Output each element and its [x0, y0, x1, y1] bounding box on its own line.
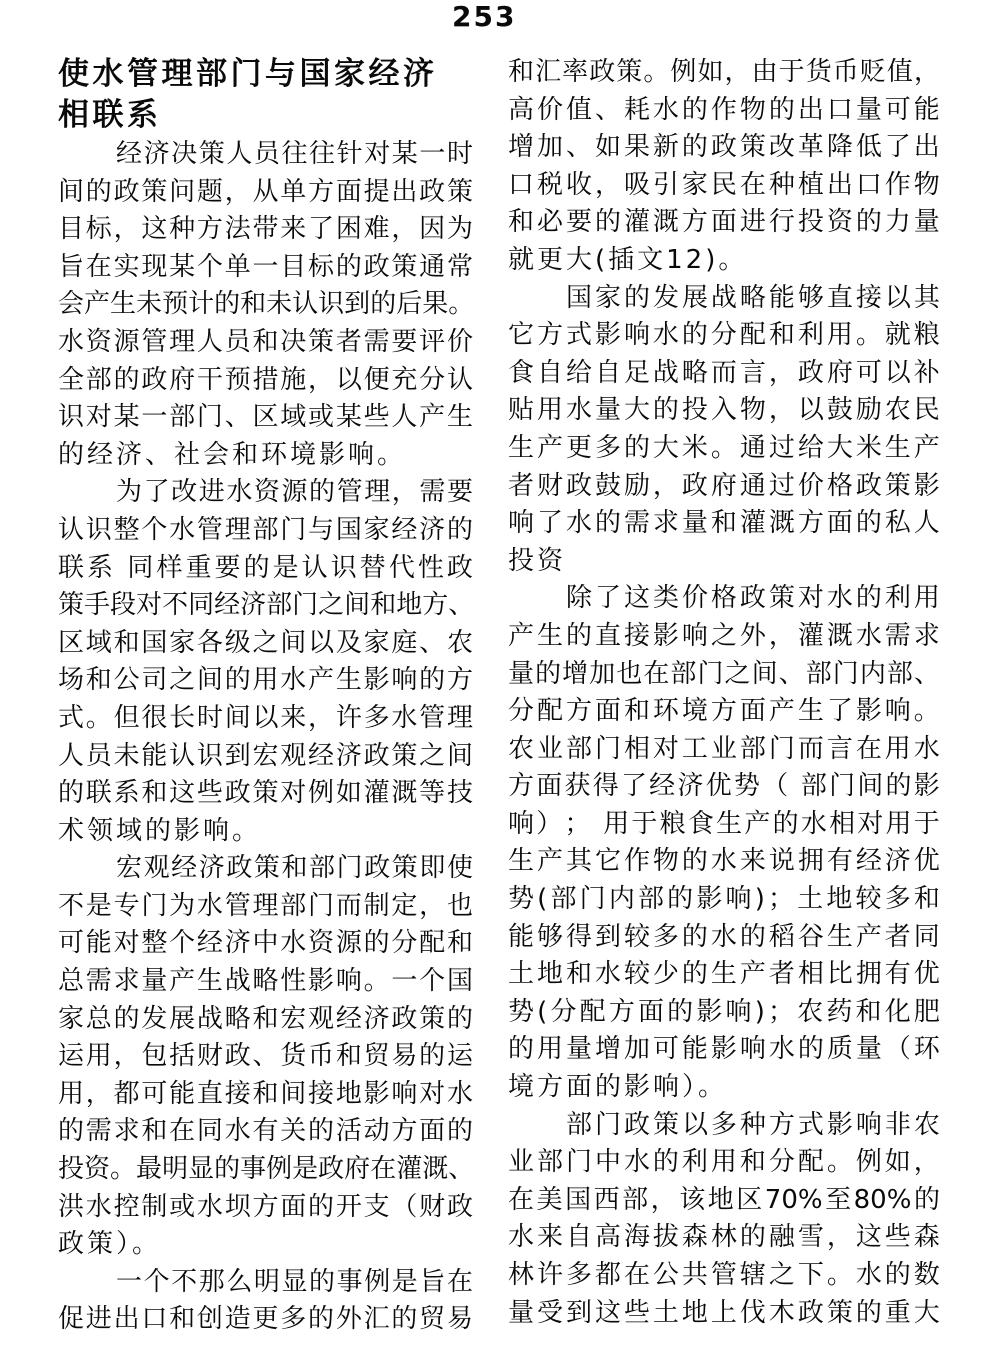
text-line: 认识整个水管理部门与国家经济的	[58, 512, 473, 550]
text-line: 贴用水量大的投入物，以鼓励农民	[508, 392, 940, 430]
text-line: 它方式影响水的分配和利用。就粮	[508, 317, 940, 355]
page-number: 253	[452, 0, 516, 34]
text-line: 方面获得了经济优势（ 部门间的影	[508, 768, 940, 806]
text-line: 的需求和在同水有关的活动方面的	[58, 1113, 473, 1151]
text-line: 业部门中水的利用和分配。例如，	[508, 1144, 940, 1182]
text-line: 为了改进水资源的管理，需要	[58, 474, 473, 512]
text-line: 者财政鼓励，政府通过价格政策影	[508, 468, 940, 506]
text-line: 的经济、社会和环境影响。	[58, 437, 473, 475]
text-line: 场和公司之间的用水产生影响的方	[58, 662, 473, 700]
text-line: 识对某一部门、区域或某些人产生	[58, 399, 473, 437]
text-line: 术领域的影响。	[58, 813, 473, 851]
text-line: 全部的政府干预措施，以便充分认	[58, 362, 473, 400]
text-line: 产生的直接影响之外，灌溉水需求	[508, 618, 940, 656]
text-line: 能够得到较多的水的稻谷生产者同	[508, 919, 940, 957]
text-line: 不是专门为水管理部门而制定，也	[58, 888, 473, 926]
text-line: 生产其它作物的水来说拥有经济优	[508, 843, 940, 881]
text-line: 策手段对不同经济部门之间和地方、	[58, 587, 473, 625]
text-line: 增加、如果新的政策改革降低了出	[508, 129, 940, 167]
text-line: 农业部门相对工业部门而言在用水	[508, 731, 940, 769]
text-line: 一个不那么明显的事例是旨在	[58, 1264, 473, 1302]
text-line: 林许多都在公共管辖之下。水的数	[508, 1257, 940, 1295]
text-line: 势(分配方面的影响)；农药和化肥	[508, 994, 940, 1032]
text-line: 水来自高海拔森林的融雪，这些森	[508, 1219, 940, 1257]
text-line: 分配方面和环境方面产生了影响。	[508, 693, 940, 731]
text-line: 运用，包括财政、货币和贸易的运	[58, 1038, 473, 1076]
text-line: 和必要的灌溉方面进行投资的力量	[508, 204, 940, 242]
text-line: 就更大(插文12)。	[508, 242, 940, 280]
text-line: 水资源管理人员和决策者需要评价	[58, 324, 473, 362]
text-line: 口税收，吸引家民在种植出口作物	[508, 167, 940, 205]
text-line: 投资。最明显的事例是政府在灌溉、	[58, 1151, 473, 1189]
text-line: 食自给自足战略而言，政府可以补	[508, 355, 940, 393]
section-heading-line-1: 使水管理部门与国家经济	[58, 54, 473, 95]
text-line: 旨在实现某个单一目标的政策通常	[58, 249, 473, 287]
text-line: 人员未能认识到宏观经济政策之间	[58, 738, 473, 776]
two-column-text: 使水管理部门与国家经济 相联系 经济决策人员往往针对某一时间的政策问题，从单方面…	[58, 54, 940, 1339]
text-line: 政策）。	[58, 1226, 473, 1264]
text-line: 洪水控制或水坝方面的开支（财政	[58, 1189, 473, 1227]
text-line: 家总的发展战略和宏观经济政策的	[58, 1001, 473, 1039]
text-line: 国家的发展战略能够直接以其	[508, 280, 940, 318]
text-line: 土地和水较少的生产者相比拥有优	[508, 956, 940, 994]
text-line: 区域和国家各级之间以及家庭、农	[58, 625, 473, 663]
text-line: 促进出口和创造更多的外汇的贸易	[58, 1301, 473, 1339]
right-column: 和汇率政策。例如，由于货币贬值，高价值、耗水的作物的出口量可能增加、如果新的政策…	[508, 54, 940, 1339]
left-column-body: 经济决策人员往往针对某一时间的政策问题，从单方面提出政策目标，这种方法带来了困难…	[58, 136, 473, 1339]
text-line: 响了水的需求量和灌溉方面的私人	[508, 505, 940, 543]
text-line: 生产更多的大米。通过给大米生产	[508, 430, 940, 468]
document-page: 253 使水管理部门与国家经济 相联系 经济决策人员往往针对某一时间的政策问题，…	[0, 0, 1000, 1347]
text-line: 会产生未预计的和未认识到的后果。	[58, 286, 473, 324]
text-line: 量的增加也在部门之间、部门内部、	[508, 656, 940, 694]
text-line: 势(部门内部的影响)；土地较多和	[508, 881, 940, 919]
text-line: 经济决策人员往往针对某一时	[58, 136, 473, 174]
text-line: 总需求量产生战略性影响。一个国	[58, 963, 473, 1001]
text-line: 用，都可能直接和间接地影响对水	[58, 1076, 473, 1114]
text-line: 和汇率政策。例如，由于货币贬值，	[508, 54, 940, 92]
text-line: 高价值、耗水的作物的出口量可能	[508, 92, 940, 130]
text-line: 响）； 用于粮食生产的水相对用于	[508, 806, 940, 844]
section-heading-line-2: 相联系	[58, 95, 473, 136]
text-line: 投资	[508, 543, 940, 581]
text-line: 在美国西部，该地区70%至80%的	[508, 1182, 940, 1220]
right-column-body: 和汇率政策。例如，由于货币贬值，高价值、耗水的作物的出口量可能增加、如果新的政策…	[508, 54, 940, 1332]
left-column: 使水管理部门与国家经济 相联系 经济决策人员往往针对某一时间的政策问题，从单方面…	[58, 54, 473, 1339]
text-line: 可能对整个经济中水资源的分配和	[58, 925, 473, 963]
text-line: 部门政策以多种方式影响非农	[508, 1107, 940, 1145]
text-line: 间的政策问题，从单方面提出政策	[58, 174, 473, 212]
text-line: 的联系和这些政策对例如灌溉等技	[58, 775, 473, 813]
text-line: 式。但很长时间以来，许多水管理	[58, 700, 473, 738]
text-line: 除了这类价格政策对水的利用	[508, 580, 940, 618]
text-line: 联系 同样重要的是认识替代性政	[58, 550, 473, 588]
text-line: 目标，这种方法带来了困难，因为	[58, 211, 473, 249]
text-line: 的用量增加可能影响水的质量（环	[508, 1031, 940, 1069]
text-line: 境方面的影响）。	[508, 1069, 940, 1107]
text-line: 量受到这些土地上伐木政策的重大	[508, 1295, 940, 1333]
text-line: 宏观经济政策和部门政策即使	[58, 850, 473, 888]
